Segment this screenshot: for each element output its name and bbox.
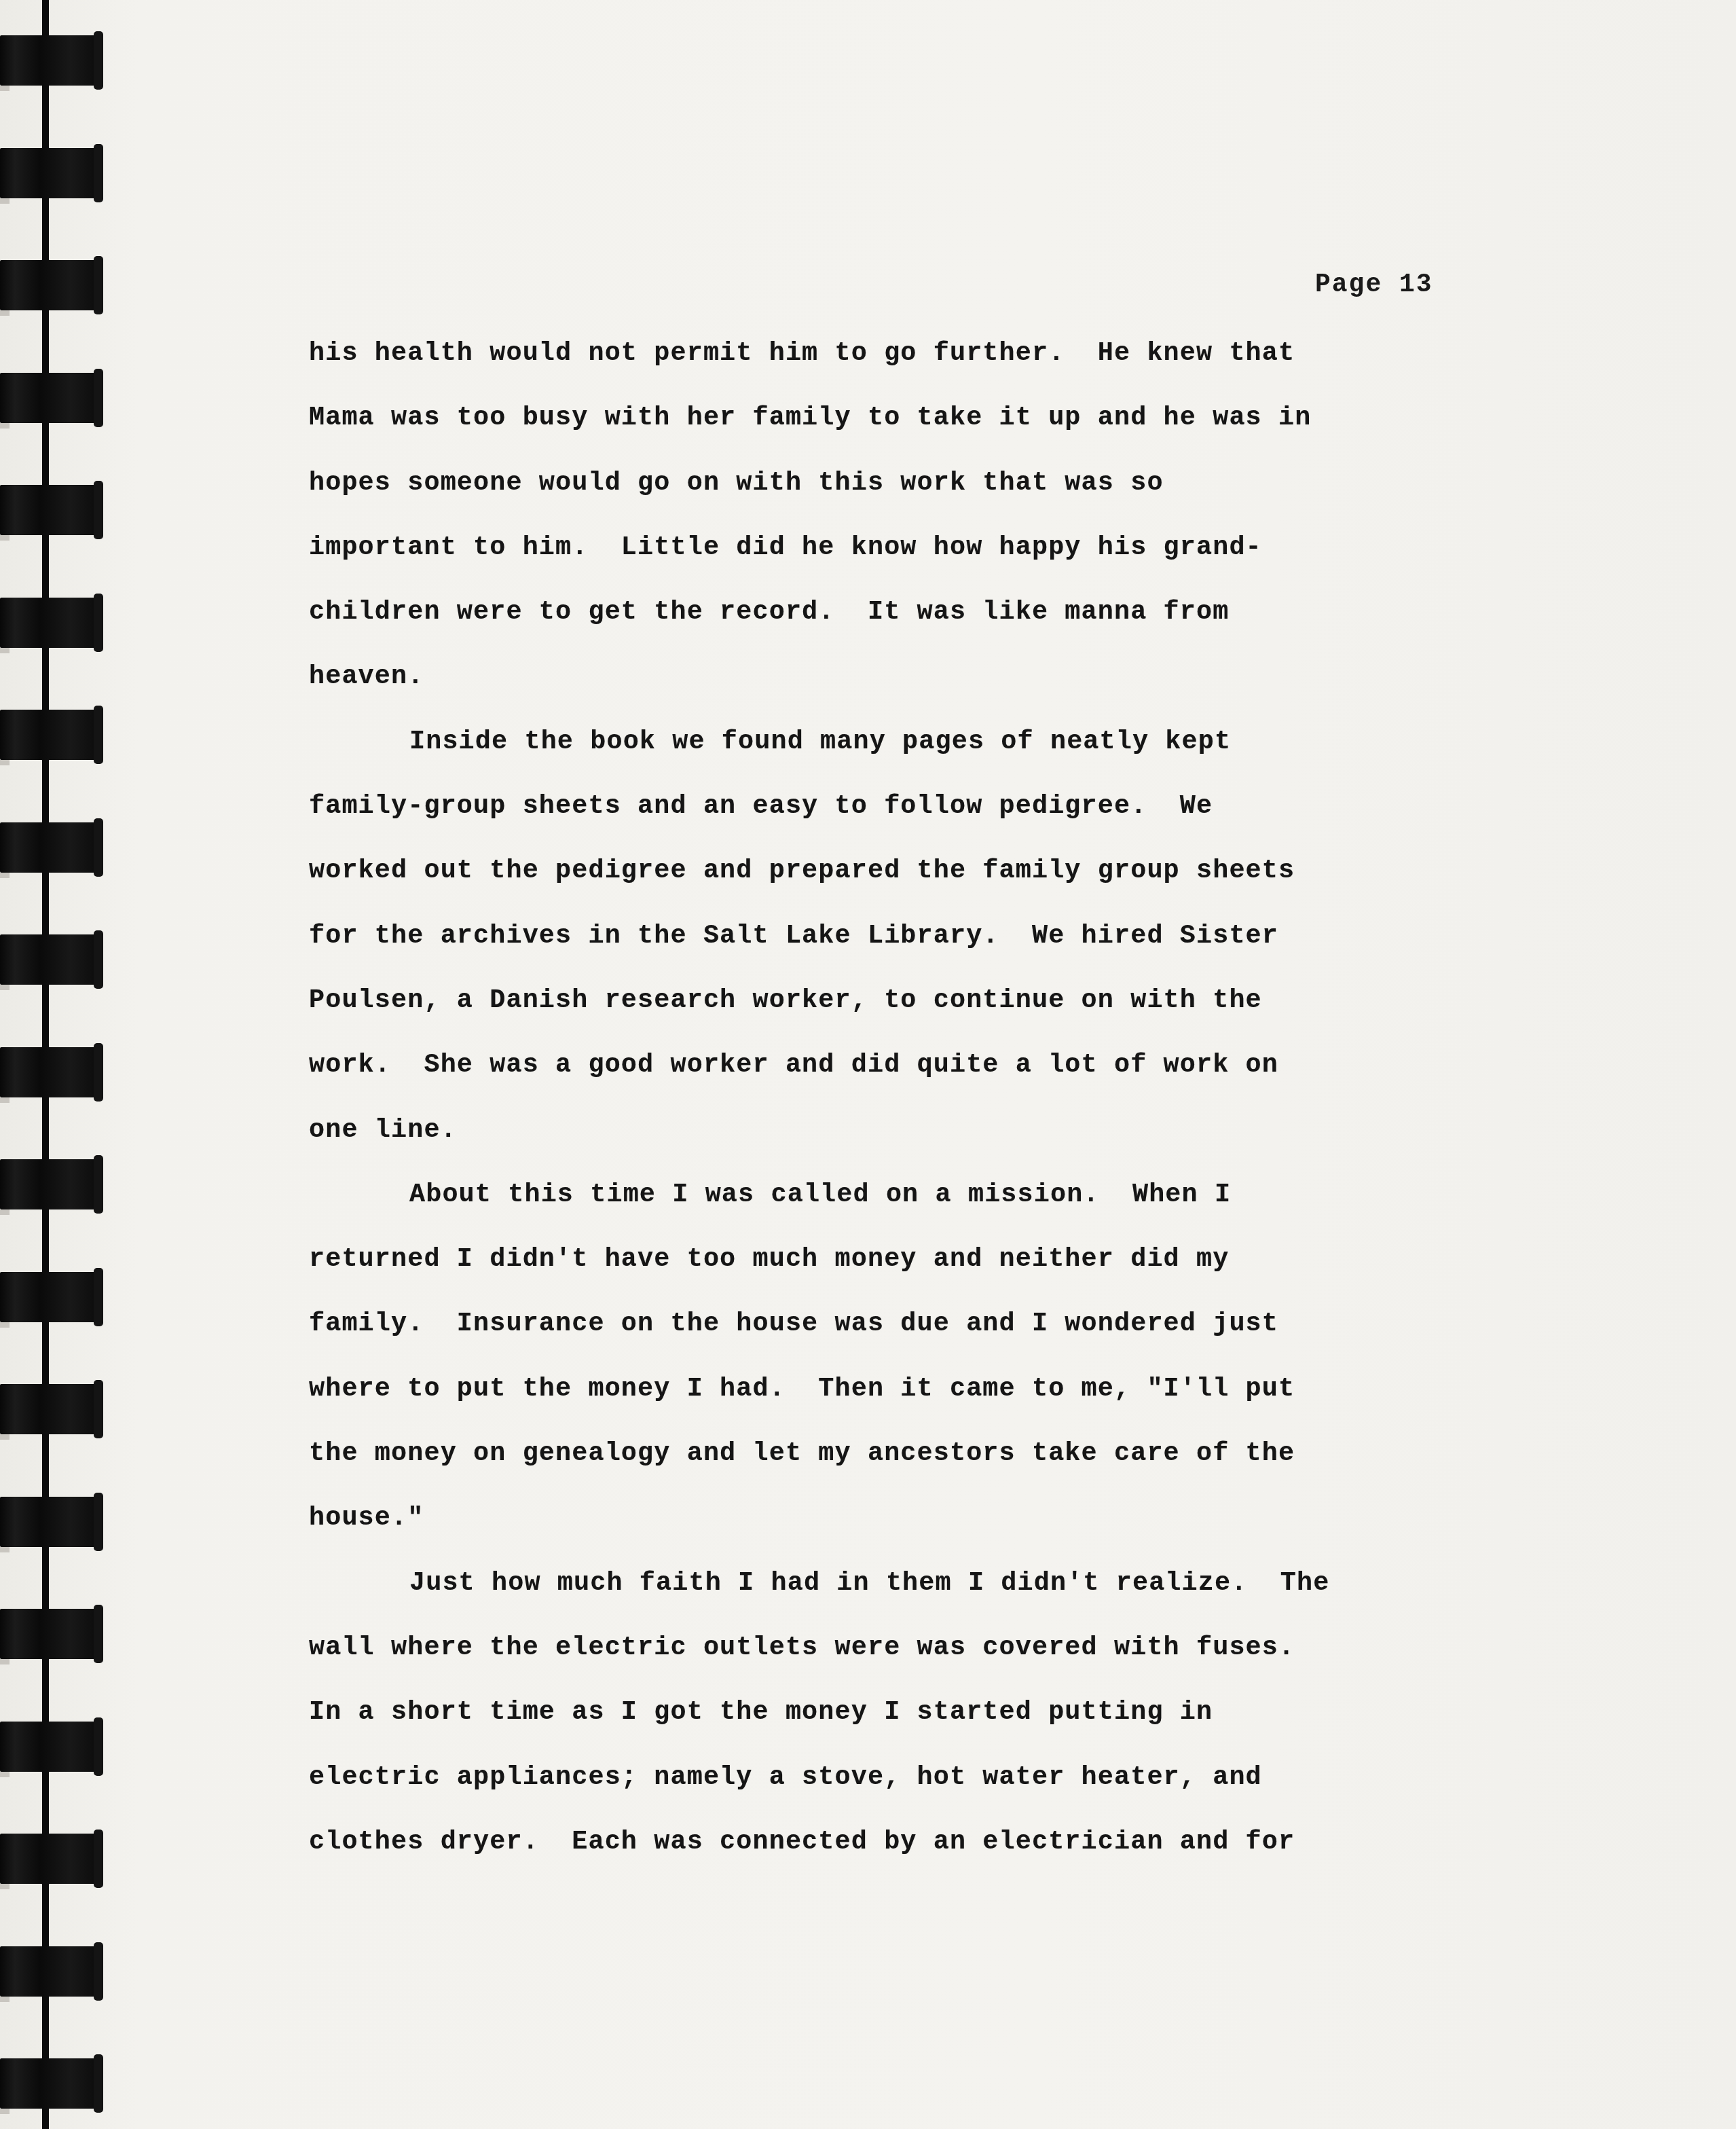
text-line: children were to get the record. It was … [309,593,1531,657]
text-line: where to put the money I had. Then it ca… [309,1370,1531,1434]
binding-ring [0,2058,100,2109]
paragraph: Inside the book we found many pages of n… [309,723,1531,1176]
binding-ring [0,260,100,310]
binding-ring [0,710,100,760]
binding-ring [0,1722,100,1772]
binding-ring [0,1159,100,1209]
binding-ring [0,598,100,648]
text-line: for the archives in the Salt Lake Librar… [309,917,1531,981]
binding-ring [0,1497,100,1547]
text-line: Just how much faith I had in them I didn… [309,1564,1531,1628]
binding-ring [0,373,100,423]
text-line: About this time I was called on a missio… [309,1176,1531,1240]
text-line: the money on genealogy and let my ancest… [309,1434,1531,1499]
text-line: clothes dryer. Each was connected by an … [309,1823,1531,1887]
binding-ring [0,1272,100,1322]
text-line: family. Insurance on the house was due a… [309,1305,1531,1369]
spiral-binding [0,0,109,2129]
text-line: Inside the book we found many pages of n… [309,723,1531,787]
text-line: house." [309,1499,1531,1563]
paragraph: Just how much faith I had in them I didn… [309,1564,1531,1887]
text-line: one line. [309,1111,1531,1176]
text-line: In a short time as I got the money I sta… [309,1693,1531,1758]
text-line: important to him. Little did he know how… [309,528,1531,593]
text-line: work. She was a good worker and did quit… [309,1046,1531,1110]
paragraph: his health would not permit him to go fu… [309,334,1531,723]
binding-ring [0,1384,100,1434]
text-line: Mama was too busy with her family to tak… [309,399,1531,463]
text-line: heaven. [309,657,1531,722]
binding-ring [0,1834,100,1884]
binding-ring [0,485,100,535]
text-line: his health would not permit him to go fu… [309,334,1531,399]
binding-ring [0,822,100,873]
text-line: family-group sheets and an easy to follo… [309,787,1531,852]
document-page: Page 13 his health would not permit him … [0,0,1736,2129]
text-line: returned I didn't have too much money an… [309,1240,1531,1305]
binding-ring [0,1609,100,1659]
text-line: hopes someone would go on with this work… [309,464,1531,528]
text-line: worked out the pedigree and prepared the… [309,852,1531,916]
binding-ring [0,148,100,198]
binding-ring [0,1047,100,1097]
binding-ring [0,934,100,985]
text-line: wall where the electric outlets were was… [309,1628,1531,1693]
paragraph: About this time I was called on a missio… [309,1176,1531,1564]
body-text: his health would not permit him to go fu… [309,334,1531,1887]
page-number: Page 13 [1315,270,1433,299]
text-line: electric appliances; namely a stove, hot… [309,1758,1531,1823]
text-line: Poulsen, a Danish research worker, to co… [309,981,1531,1046]
binding-ring [0,35,100,86]
binding-ring [0,1946,100,1997]
